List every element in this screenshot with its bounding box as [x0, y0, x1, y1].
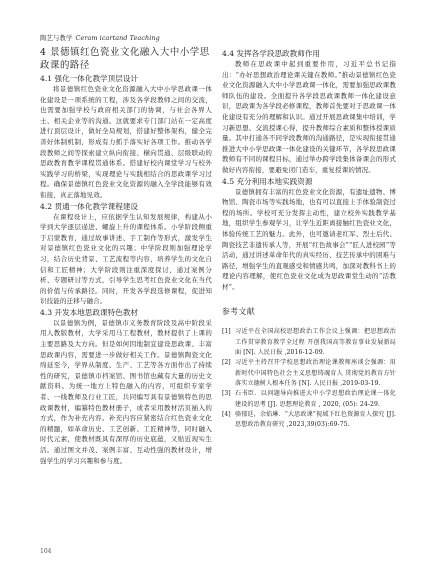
reference-item: [4] 骆郁廷，余焰琳．“大思政课”视域下红色资源育人探究 [J]. 思想政治教…	[222, 410, 396, 431]
reference-text: 习近平主持召开学校思想政治理论课教师座谈会强调：用新时代中国特色社会主义思想铸魂…	[235, 358, 396, 389]
paragraph: 在课程设计上，应依据学生认知发展规律，构建从小学到大学逐层递进、螺旋上升的课程体…	[40, 212, 212, 307]
running-header: 陶艺与教学Ceram icartand Teaching	[40, 33, 160, 42]
paragraph: 景德镇拥有丰富的红色瓷业文化资源，有遗址遗物、博物馆、陶瓷市场等实践场地，也有可…	[222, 187, 396, 293]
journal-title-en: Ceram icartand Teaching	[75, 34, 159, 42]
paragraph: 以景德镇为例，景德镇市义务教育阶段及高中阶段采用人教版教材，大学采用马工程教材，…	[40, 318, 212, 466]
paragraph: 教师在思政课中起到重要作用，习近平总书记指出：“办好思想政治理论课关键在教师。”…	[222, 59, 396, 176]
reference-number: [3]	[222, 389, 235, 410]
section-title: 4 景德镇红色瓷业文化融入大中小学思政课的路径	[40, 46, 212, 72]
subsection-title-4-1: 4.1 强化一体化教学顶层设计	[40, 73, 212, 84]
references-title: 参考文献	[222, 306, 396, 317]
reference-item: [3] 石书臣．以问题导向推进大中小学思想政治理论课一体化建设的思考 [J]. …	[222, 389, 396, 410]
left-column: 4 景德镇红色瓷业文化融入大中小学思政课的路径 4.1 强化一体化教学顶层设计 …	[40, 46, 212, 466]
journal-title-cn: 陶艺与教学	[40, 34, 72, 42]
reference-number: [4]	[222, 410, 235, 431]
subsection-title-4-2: 4.2 贯通一体化教学课程建设	[40, 201, 212, 212]
reference-text: 石书臣．以问题导向推进大中小学思想政治理论课一体化建设的思考 [J]. 思想理论…	[235, 389, 396, 410]
reference-number: [1]	[222, 327, 235, 358]
reference-number: [2]	[222, 358, 235, 389]
reference-text: 习近平在全国高校思想政治工作会议上强调：把思想政治工作贯穿教育教学全过程 开创我…	[235, 327, 396, 358]
subsection-title-4-4: 4.4 发挥各学段思政教师作用	[222, 48, 396, 59]
reference-item: [2] 习近平主持召开学校思想政治理论课教师座谈会强调：用新时代中国特色社会主义…	[222, 358, 396, 389]
subsection-title-4-5: 4.5 充分利用本地实践资源	[222, 176, 396, 187]
subsection-title-4-3: 4.3 开发本地思政课特色教材	[40, 307, 212, 318]
page-number: 104	[40, 548, 51, 555]
right-column: 4.4 发挥各学段思政教师作用 教师在思政课中起到重要作用，习近平总书记指出：“…	[222, 48, 396, 430]
paragraph: 将景德镇红色瓷业文化资源融入大中小学思政课一体化建设是一项系统的工程，涉及各学段…	[40, 84, 212, 201]
reference-text: 骆郁廷，余焰琳．“大思政课”视域下红色资源育人探究 [J]. 思想政治教育研究 …	[235, 410, 396, 431]
reference-item: [1] 习近平在全国高校思想政治工作会议上强调：把思想政治工作贯穿教育教学全过程…	[222, 327, 396, 358]
